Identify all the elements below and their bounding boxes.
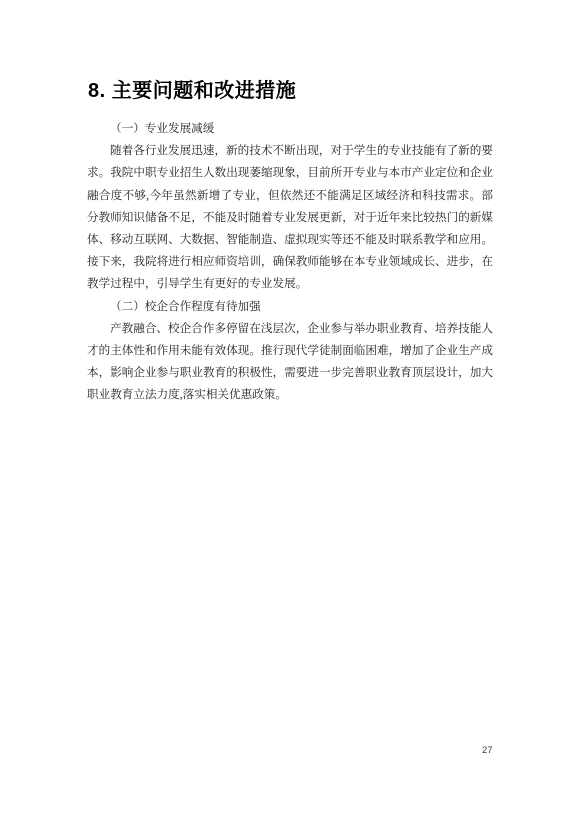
section-1-text-line: 随着各行业发展迅速，新的技术不断出现，对于学生的专业技能有了新的要 xyxy=(87,140,493,162)
document-page: 8. 主要问题和改进措施 （一）专业发展减缓 随着各行业发展迅速，新的技术不断出… xyxy=(0,0,580,820)
section-2-text-line: 才的主体性和作用未能有效体现。推行现代学徒制面临困难，增加了企业生产成 xyxy=(87,340,493,362)
section-1-text-line: 求。我院中职专业招生人数出现萎缩现象，目前所开专业与本市产业定位和企业 xyxy=(87,162,493,184)
section-1-text-line: 融合度不够,今年虽然新增了专业，但依然还不能满足区域经济和科技需求。部 xyxy=(87,185,493,207)
section-1-text-line: 接下来，我院将进行相应师资培训，确保教师能够在本专业领域成长、进步，在 xyxy=(87,251,493,273)
page-number: 27 xyxy=(482,745,493,756)
section-2-title: （二）校企合作程度有待加强 xyxy=(87,296,493,318)
section-1-text-line: 分教师知识储备不足，不能及时随着专业发展更新，对于近年来比较热门的新媒 xyxy=(87,207,493,229)
page-title: 8. 主要问题和改进措施 xyxy=(88,74,296,103)
document-body: （一）专业发展减缓 随着各行业发展迅速，新的技术不断出现，对于学生的专业技能有了… xyxy=(87,118,493,406)
section-2-text-line: 产教融合、校企合作多停留在浅层次，企业参与举办职业教育、培养技能人 xyxy=(87,318,493,340)
section-1-title: （一）专业发展减缓 xyxy=(87,118,493,140)
section-2-text-line: 本，影响企业参与职业教育的积极性，需要进一步完善职业教育顶层设计，加大 xyxy=(87,362,493,384)
section-1-text-line: 教学过程中，引导学生有更好的专业发展。 xyxy=(87,273,493,295)
section-1-text-line: 体、移动互联网、大数据、智能制造、虚拟现实等还不能及时联系教学和应用。 xyxy=(87,229,493,251)
section-2-text-line: 职业教育立法力度,落实相关优惠政策。 xyxy=(87,384,493,406)
